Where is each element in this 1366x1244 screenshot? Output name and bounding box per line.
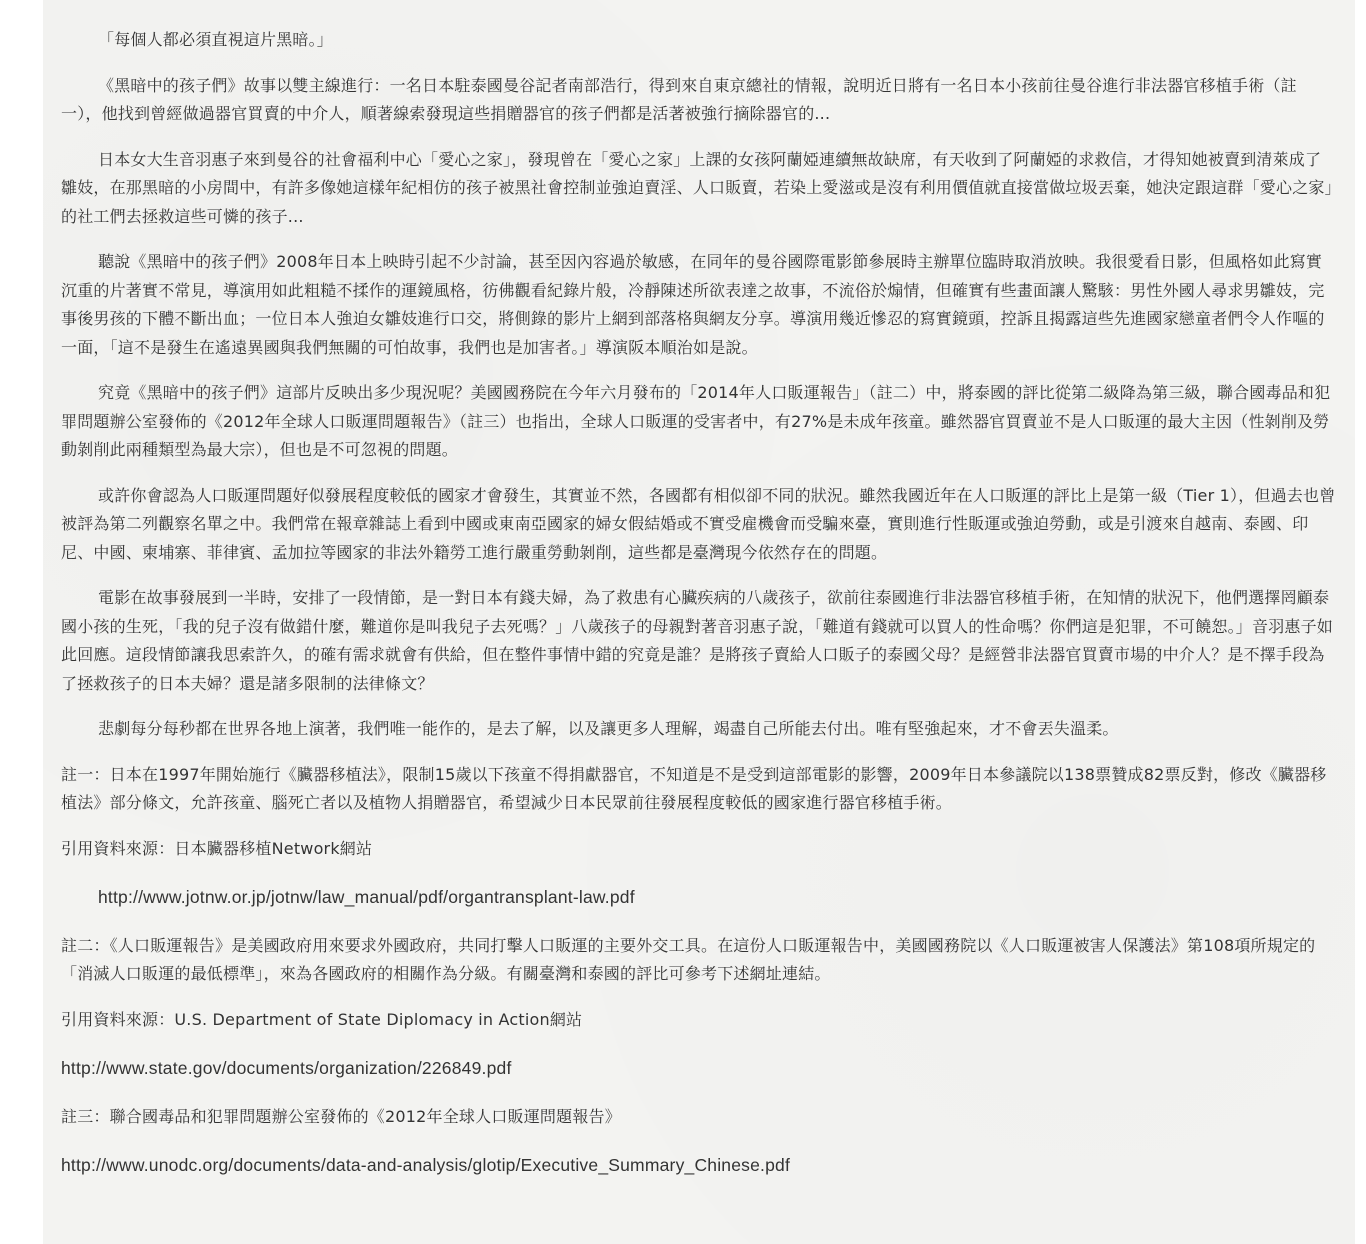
footnote-1-link-line: http://www.jotnw.or.jp/jotnw/law_manual/… [61, 883, 1337, 912]
footnote-1-link[interactable]: http://www.jotnw.or.jp/jotnw/law_manual/… [98, 887, 635, 907]
footnote-1: 註一：日本在1997年開始施行《臟器移植法》，限制15歲以下孩童不得捐獻器官，不… [61, 761, 1337, 818]
paragraph-plot-secondary: 日本女大生音羽惠子來到曼谷的社會福利中心「愛心之家」，發現曾在「愛心之家」上課的… [61, 146, 1337, 232]
opening-quote: 「每個人都必須直視這片黑暗。」 [61, 26, 1337, 55]
paragraph-plot-main: 《黑暗中的孩子們》故事以雙主線進行：一名日本駐泰國曼谷記者南部浩行，得到來自東京… [61, 72, 1337, 129]
footnote-3-link[interactable]: http://www.unodc.org/documents/data-and-… [61, 1155, 790, 1175]
paragraph-film-scene: 電影在故事發展到一半時，安排了一段情節，是一對日本有錢夫婦，為了救患有心臟疾病的… [61, 584, 1337, 698]
article-body: 「每個人都必須直視這片黑暗。」 《黑暗中的孩子們》故事以雙主線進行：一名日本駐泰… [61, 26, 1337, 1180]
paragraph-trafficking-report: 究竟《黑暗中的孩子們》這部片反映出多少現況呢？美國國務院在今年六月發布的「201… [61, 379, 1337, 465]
footnote-2: 註二：《人口販運報告》是美國政府用來要求外國政府，共同打擊人口販運的主要外交工具… [61, 932, 1337, 989]
footnote-3-link-line: http://www.unodc.org/documents/data-and-… [61, 1151, 1337, 1180]
footnote-3: 註三：聯合國毒品和犯罪問題辦公室發佈的《2012年全球人口販運問題報告》 [61, 1103, 1337, 1132]
paragraph-taiwan-situation: 或許你會認為人口販運問題好似發展程度較低的國家才會發生，其實並不然，各國都有相似… [61, 482, 1337, 568]
article-panel: 「每個人都必須直視這片黑暗。」 《黑暗中的孩子們》故事以雙主線進行：一名日本駐泰… [43, 0, 1355, 1244]
paragraph-conclusion: 悲劇每分每秒都在世界各地上演著，我們唯一能作的，是去了解，以及讓更多人理解，竭盡… [61, 715, 1337, 744]
paragraph-film-review: 聽說《黑暗中的孩子們》2008年日本上映時引起不少討論，甚至因內容過於敏感，在同… [61, 248, 1337, 362]
footnote-2-source: 引用資料來源：U.S. Department of State Diplomac… [61, 1006, 1337, 1035]
footnote-2-link-line: http://www.state.gov/documents/organizat… [61, 1054, 1337, 1083]
footnote-1-source: 引用資料來源：日本臟器移植Network網站 [61, 835, 1337, 864]
footnote-2-link[interactable]: http://www.state.gov/documents/organizat… [61, 1058, 512, 1078]
